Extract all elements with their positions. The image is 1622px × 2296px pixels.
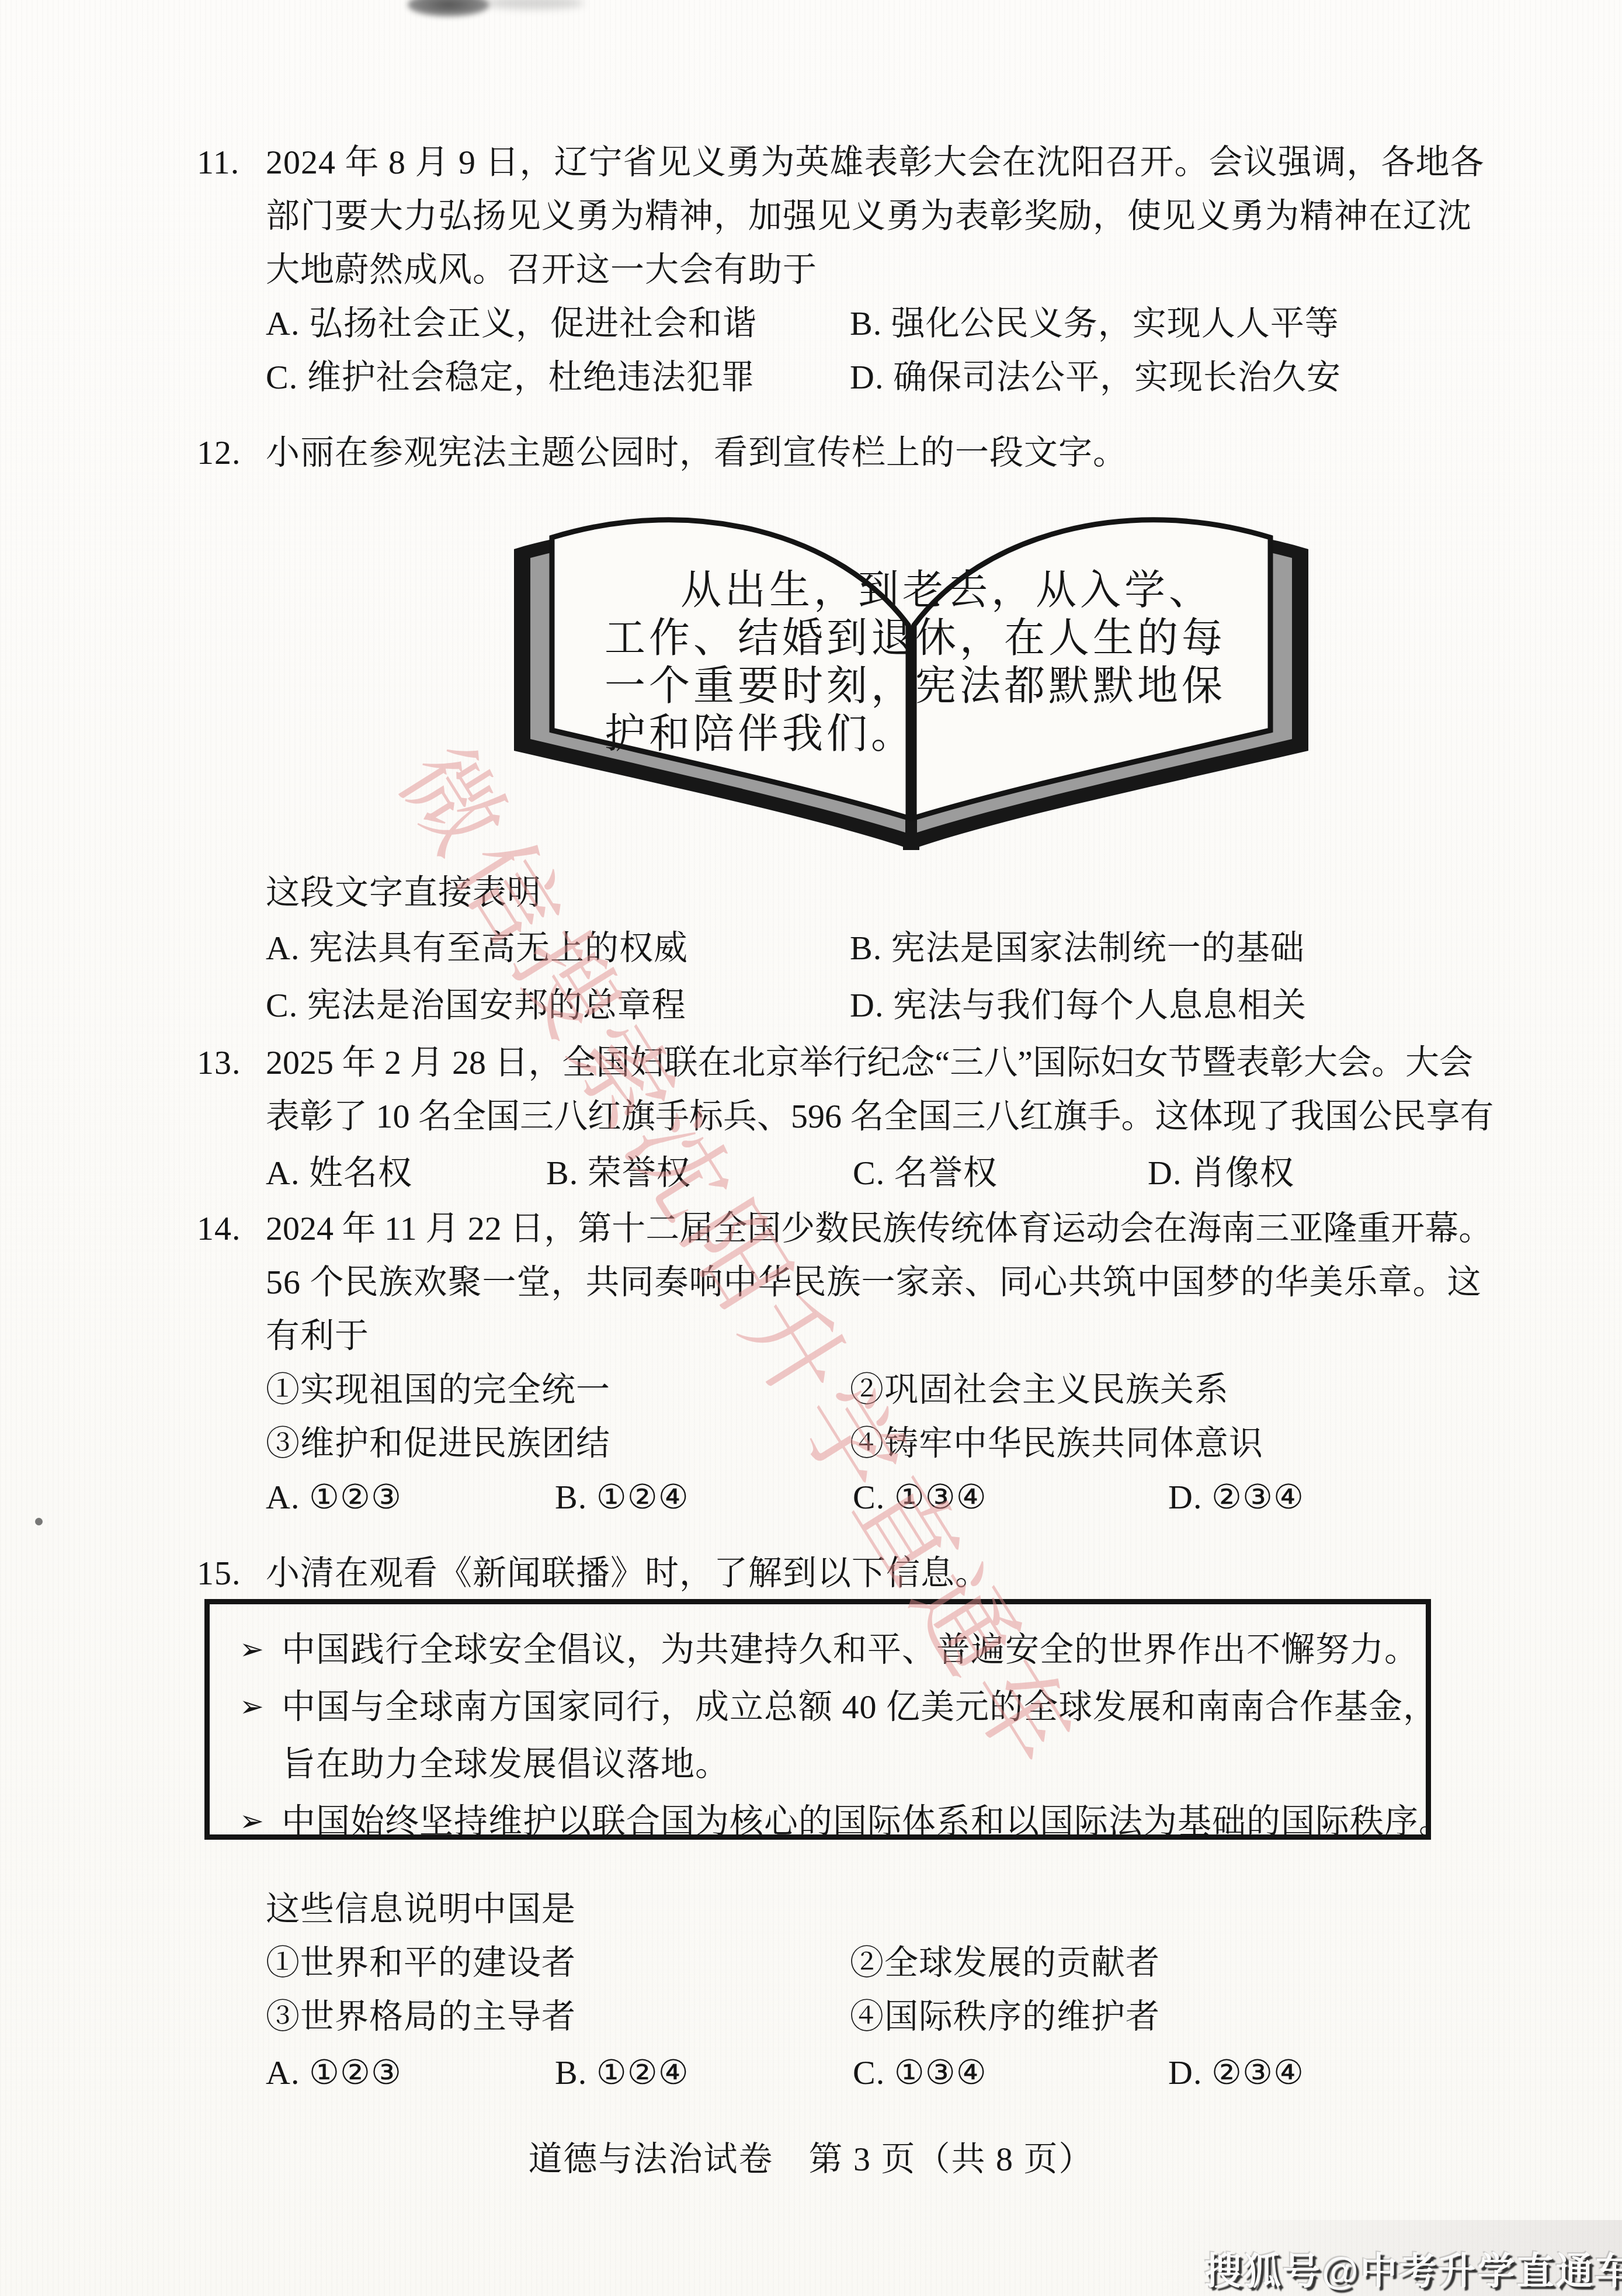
scan-smudge-artifact-light	[485, 0, 584, 9]
sohu-watermark: 搜狐号@中考升学直通车	[1204, 2241, 1622, 2295]
option-c: C. 名誉权	[853, 1154, 998, 1193]
numbered-item-1: ①世界和平的建设者	[266, 1944, 576, 1983]
book-text-line: 从出生，到老去，从入学、	[680, 568, 1213, 615]
question-text-line: 小丽在参观宪法主题公园时，看到宣传栏上的一段文字。	[266, 433, 1127, 473]
numbered-item-3: ③世界格局的主导者	[266, 1997, 576, 2037]
margin-dot-artifact	[35, 1518, 43, 1525]
numbered-item-1: ①实现祖国的完全统一	[266, 1371, 610, 1410]
option-c: C. ①③④	[853, 2054, 987, 2093]
option-b: B. ①②④	[555, 2054, 689, 2093]
option-c: C. 宪法是治国安邦的总章程	[266, 986, 686, 1025]
question-text-line: 有利于	[266, 1317, 369, 1356]
option-a: A. 弘扬社会正义，促进社会和谐	[266, 304, 757, 344]
question-text-line: 2025 年 2 月 28 日，全国妇联在北京举行纪念“三八”国际妇女节暨表彰大…	[266, 1043, 1473, 1083]
option-a: A. 宪法具有至高无上的权威	[266, 929, 688, 968]
option-c: C. 维护社会稳定，杜绝违法犯罪	[266, 358, 755, 397]
question-number: 13.	[197, 1043, 241, 1083]
question-text-line: 2024 年 8 月 9 日，辽宁省见义勇为英雄表彰大会在沈阳召开。会议强调，各…	[266, 143, 1485, 182]
bullet-arrow-icon: ➢	[239, 1690, 265, 1724]
book-text-line: 护和陪伴我们。	[605, 712, 915, 759]
option-a: A. 姓名权	[266, 1154, 412, 1193]
question-prompt: 这段文字直接表明	[266, 873, 541, 913]
bullet-arrow-icon: ➢	[239, 1805, 265, 1839]
question-text-line: 2024 年 11 月 22 日，第十二届全国少数民族传统体育运动会在海南三亚隆…	[266, 1209, 1492, 1248]
option-b: B. 强化公民义务，实现人人平等	[850, 304, 1339, 344]
page-footer: 道德与法治试卷 第 3 页（共 8 页）	[528, 2131, 1093, 2180]
option-b: B. 荣誉权	[546, 1154, 691, 1193]
numbered-item-4: ④国际秩序的维护者	[850, 1997, 1160, 2037]
option-d: D. ②③④	[1168, 1478, 1304, 1517]
option-d: D. ②③④	[1168, 2054, 1304, 2093]
question-number: 14.	[197, 1209, 241, 1248]
question-text-line: 部门要大力弘扬见义勇为精神，加强见义勇为表彰奖励，使见义勇为精神在辽沈	[266, 197, 1472, 236]
info-box-line: 旨在助力全球发展倡议落地。	[282, 1745, 730, 1784]
exam-paper-page: 11. 2024 年 8 月 9 日，辽宁省见义勇为英雄表彰大会在沈阳召开。会议…	[0, 0, 1622, 2296]
question-text-line: 大地蔚然成风。召开这一大会有助于	[266, 251, 817, 290]
book-text-line: 工作、结婚到退休，在人生的每	[605, 616, 1226, 663]
numbered-item-4: ④铸牢中华民族共同体意识	[850, 1424, 1263, 1463]
question-number: 15.	[197, 1554, 241, 1593]
option-d: D. 宪法与我们每个人息息相关	[850, 986, 1307, 1025]
info-box-line: 中国与全球南方国家同行，成立总额 40 亿美元的全球发展和南南合作基金，	[282, 1688, 1437, 1727]
option-b: B. 宪法是国家法制统一的基础	[850, 929, 1305, 968]
info-box-line: 中国践行全球安全倡议，为共建持久和平、普遍安全的世界作出不懈努力。	[282, 1631, 1419, 1670]
scan-smudge-artifact	[408, 0, 489, 16]
option-c: C. ①③④	[853, 1478, 987, 1517]
question-text-line: 小清在观看《新闻联播》时，了解到以下信息。	[266, 1554, 989, 1593]
option-a: A. ①②③	[266, 1478, 402, 1517]
numbered-item-2: ②全球发展的贡献者	[850, 1944, 1160, 1983]
numbered-item-2: ②巩固社会主义民族关系	[850, 1371, 1229, 1410]
option-d: D. 肖像权	[1148, 1154, 1294, 1193]
option-d: D. 确保司法公平，实现长治久安	[850, 358, 1341, 397]
question-text-line: 表彰了 10 名全国三八红旗手标兵、596 名全国三八红旗手。这体现了我国公民享…	[266, 1097, 1494, 1136]
question-text-line: 56 个民族欢聚一堂，共同奏响中华民族一家亲、同心共筑中国梦的华美乐章。这	[266, 1263, 1482, 1302]
option-b: B. ①②④	[555, 1478, 689, 1517]
bullet-arrow-icon: ➢	[239, 1633, 265, 1667]
question-number: 11.	[197, 143, 239, 182]
numbered-item-3: ③维护和促进民族团结	[266, 1424, 610, 1463]
question-prompt: 这些信息说明中国是	[266, 1890, 576, 1929]
info-box-line: 中国始终坚持维护以联合国为核心的国际体系和以国际法为基础的国际秩序。	[282, 1802, 1453, 1841]
question-number: 12.	[197, 433, 241, 473]
book-text-line: 一个重要时刻，宪法都默默地保	[605, 664, 1226, 711]
option-a: A. ①②③	[266, 2054, 402, 2093]
